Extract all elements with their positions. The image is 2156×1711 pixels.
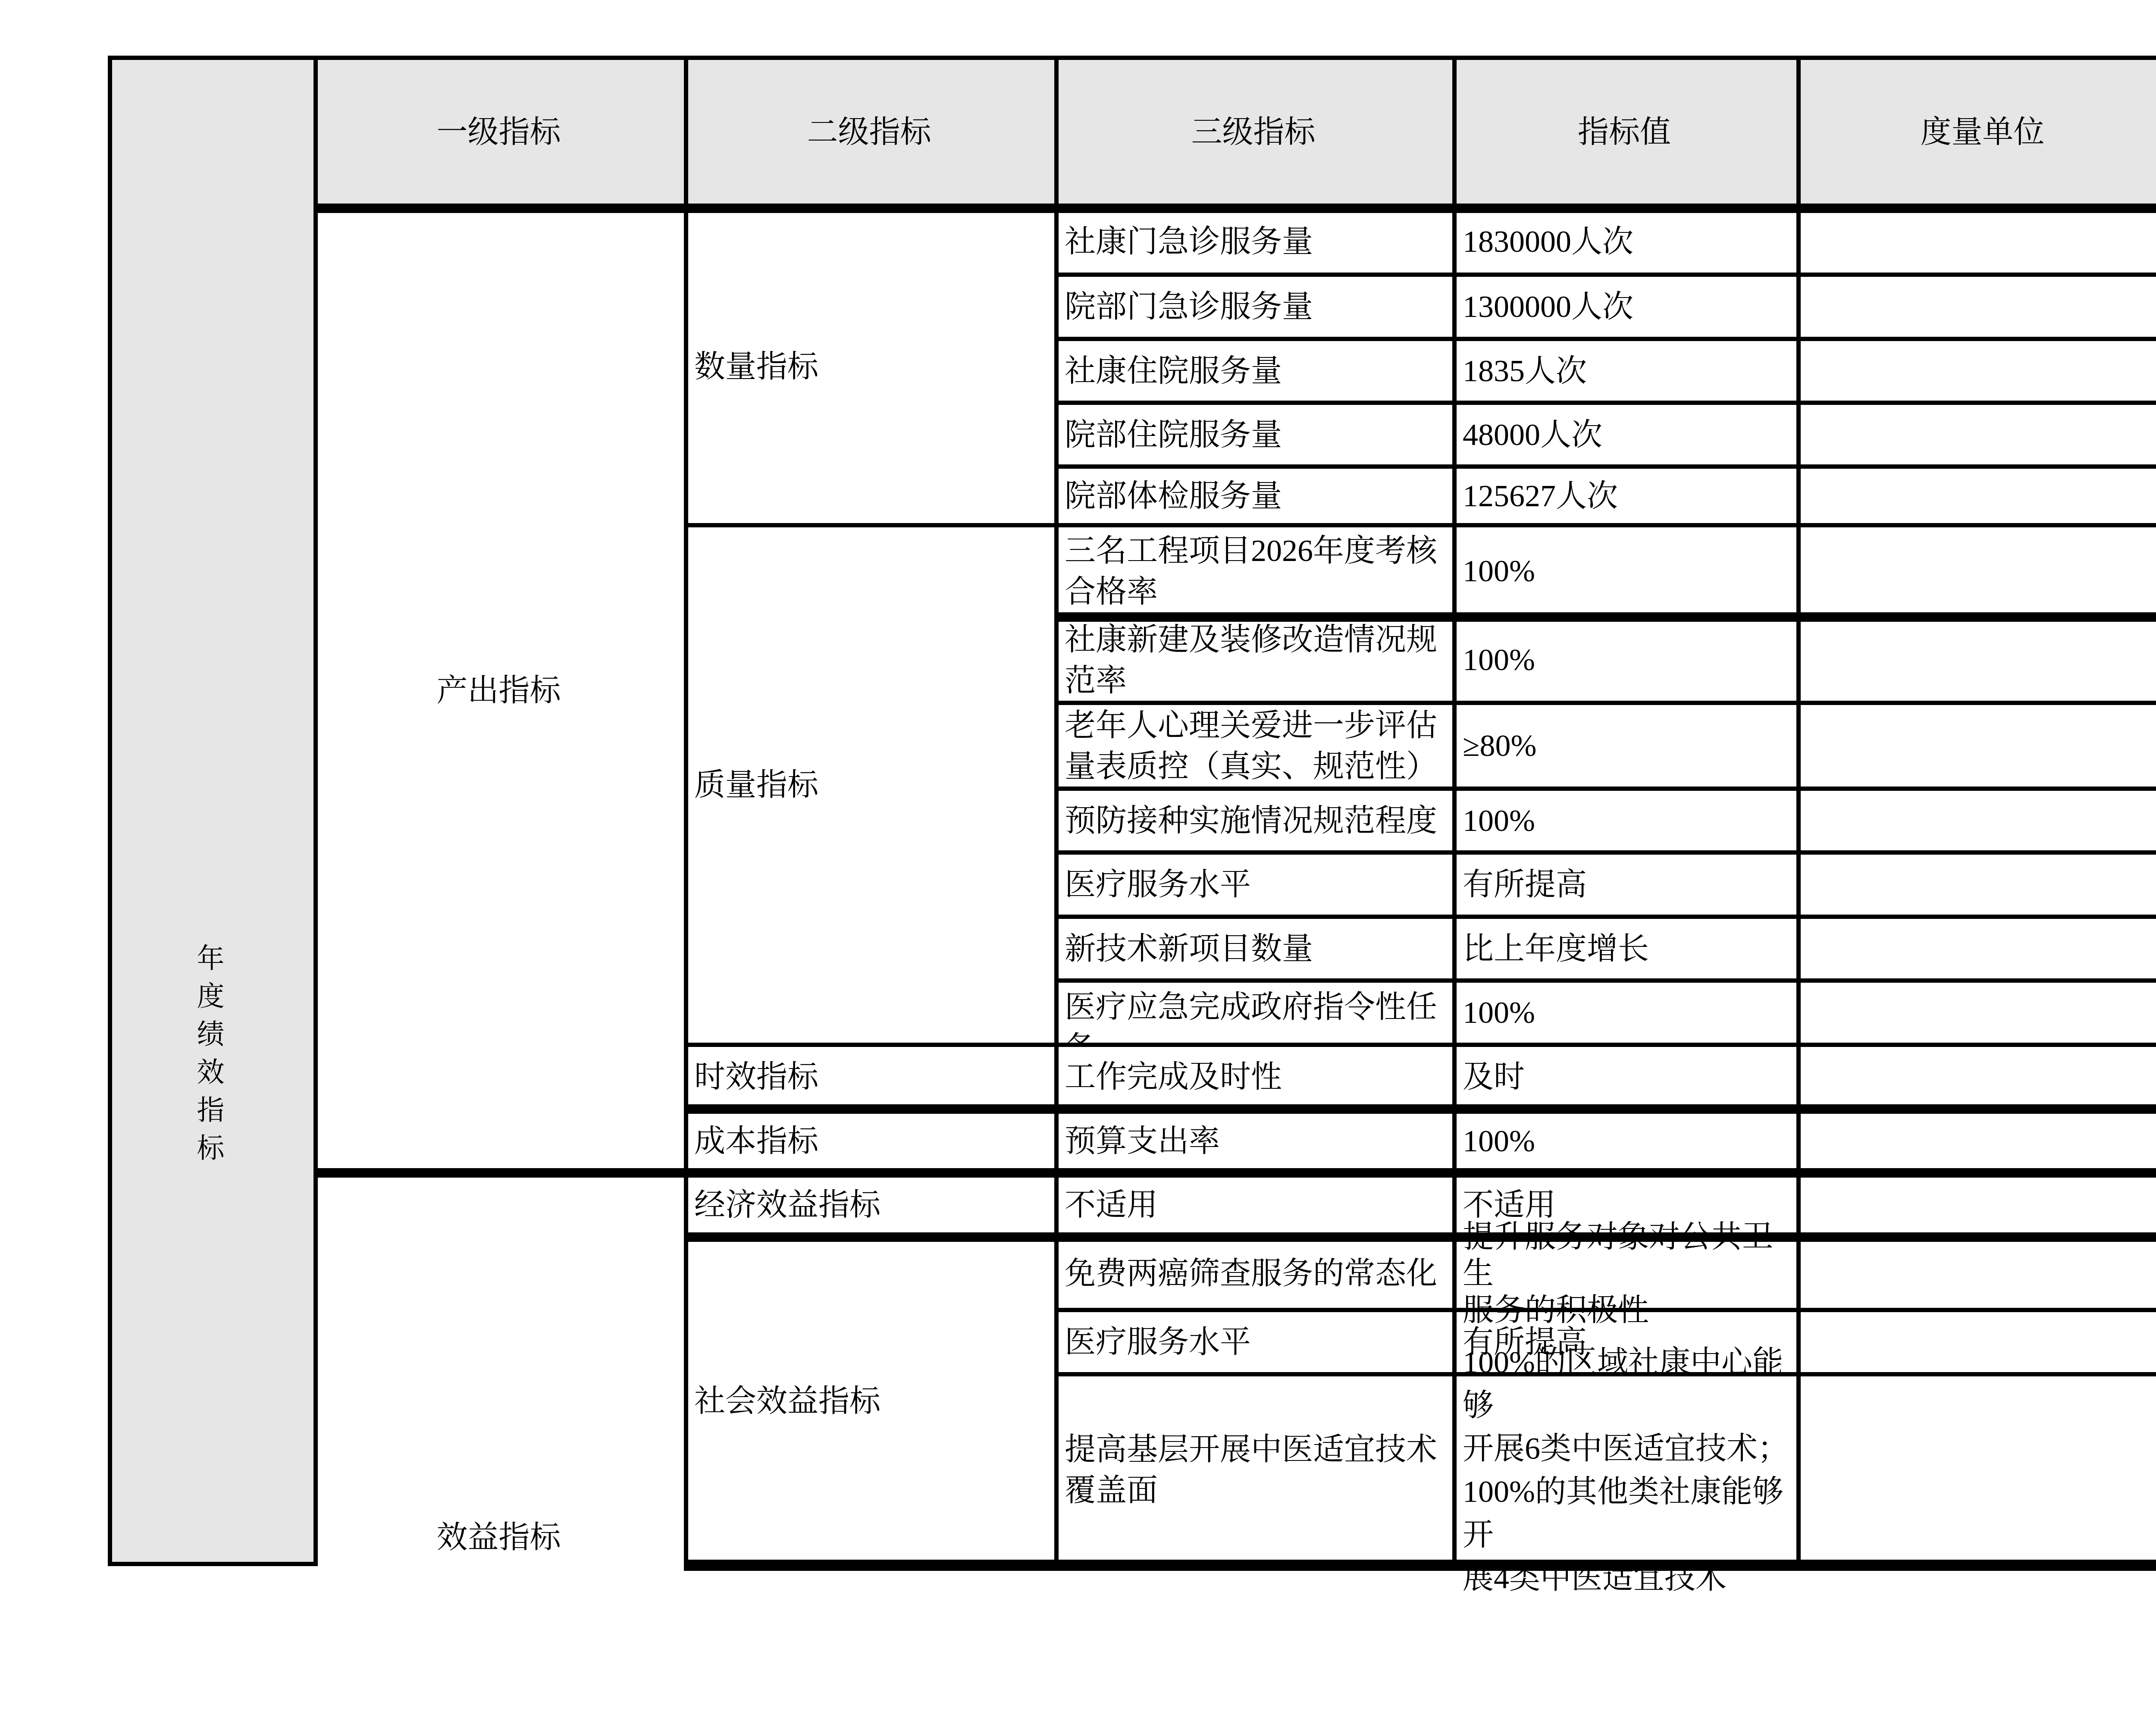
- indicator-name: 三名工程项目2026年度考核 合格率: [1054, 525, 1452, 617]
- grid-line: [1054, 850, 2156, 855]
- header-level3: 三级指标: [1054, 56, 1452, 208]
- indicator-value: 100%: [1452, 1109, 1796, 1173]
- level2-economic-benefit-indicator: 经济效益指标: [684, 1173, 1054, 1237]
- indicator-name: 社康新建及装修改造情况规 范率: [1054, 617, 1452, 703]
- indicator-name: 预算支出率: [1054, 1109, 1452, 1173]
- indicator-name: 新技术新项目数量: [1054, 917, 1452, 981]
- indicator-value: 1835人次: [1452, 339, 1796, 403]
- grid-line: [684, 1560, 2156, 1571]
- indicator-name: 工作完成及时性: [1054, 1045, 1452, 1109]
- grid-line: [1054, 612, 2156, 622]
- grid-line: [1054, 464, 2156, 469]
- level2-social-benefit-indicator: 社会效益指标: [684, 1237, 1054, 1565]
- grid-line: [1054, 273, 2156, 277]
- indicator-name: 医疗应急完成政府指令性任 务: [1054, 981, 1452, 1045]
- indicator-name: 院部住院服务量: [1054, 403, 1452, 467]
- grid-line: [1054, 56, 1059, 1571]
- header-unit: 度量单位: [1796, 56, 2156, 208]
- indicator-name: 院部体检服务量: [1054, 467, 1452, 525]
- indicator-value: 100%: [1452, 617, 1796, 703]
- indicator-name: 社康门急诊服务量: [1054, 208, 1452, 275]
- indicator-value: 1830000人次: [1452, 208, 1796, 275]
- level2-cost-indicator: 成本指标: [684, 1109, 1054, 1173]
- grid-line: [1054, 1372, 2156, 1376]
- grid-line: [313, 1168, 2156, 1178]
- indicator-name: 免费两癌筛查服务的常态化: [1054, 1237, 1452, 1310]
- grid-line: [684, 523, 2156, 527]
- grid-line: [684, 1232, 2156, 1242]
- level2-quantity-indicator: 数量指标: [684, 208, 1054, 525]
- header-level1: 一级指标: [313, 56, 684, 208]
- header-value: 指标值: [1452, 56, 1796, 208]
- indicator-name: 社康住院服务量: [1054, 339, 1452, 403]
- grid-line: [108, 56, 2156, 60]
- grid-line: [1452, 56, 1457, 1571]
- indicator-value: 及时: [1452, 1045, 1796, 1109]
- annual-performance-indicator-label: 年 度 绩 效 指 标: [108, 56, 313, 1566]
- grid-line: [1796, 56, 1801, 1571]
- grid-line: [1054, 915, 2156, 919]
- indicator-name: 医疗服务水平: [1054, 852, 1452, 917]
- indicator-name: 预防接种实施情况规范程度: [1054, 789, 1452, 852]
- grid-line: [108, 1562, 313, 1566]
- indicator-name: 老年人心理关爱进一步评估 量表质控（真实、规范性）: [1054, 703, 1452, 789]
- grid-line: [313, 56, 318, 1566]
- indicator-value: 100%: [1452, 981, 1796, 1045]
- indicator-name: 提高基层开展中医适宜技术 覆盖面: [1054, 1374, 1452, 1565]
- indicator-name: 院部门急诊服务量: [1054, 275, 1452, 339]
- grid-line: [1054, 701, 2156, 705]
- indicator-value: 有所提高: [1452, 852, 1796, 917]
- grid-line: [313, 204, 2156, 213]
- indicator-value: 100%的区域社康中心能够 开展6类中医适宜技术； 100%的其他类社康能够开 …: [1452, 1374, 1796, 1565]
- indicator-value: 提升服务对象对公共卫生 服务的积极性: [1452, 1237, 1796, 1310]
- grid-line: [1054, 787, 2156, 791]
- grid-line: [1054, 1308, 2156, 1312]
- level1-output-indicator: 产出指标: [313, 208, 684, 1173]
- grid-line: [684, 1043, 2156, 1047]
- indicator-value: 100%: [1452, 525, 1796, 617]
- grid-line: [684, 1104, 2156, 1114]
- level1-benefit-indicator: 效益指标: [313, 1505, 684, 1570]
- grid-line: [108, 56, 112, 1566]
- grid-line: [1054, 978, 2156, 983]
- indicator-value: ≥80%: [1452, 703, 1796, 789]
- level2-timeliness-indicator: 时效指标: [684, 1045, 1054, 1109]
- indicator-value: 1300000人次: [1452, 275, 1796, 339]
- performance-indicator-table-page: 年 度 绩 效 指 标 一级指标 二级指标 三级指标 指标值 度量单位 指标解释…: [0, 0, 2156, 1711]
- level2-quality-indicator: 质量指标: [684, 525, 1054, 1045]
- grid-line: [1054, 401, 2156, 405]
- indicator-name: 医疗服务水平: [1054, 1310, 1452, 1374]
- indicator-value: 48000人次: [1452, 403, 1796, 467]
- indicator-value: 100%: [1452, 789, 1796, 852]
- indicator-name: 不适用: [1054, 1173, 1452, 1237]
- grid-line: [684, 56, 688, 1571]
- indicator-value: 125627人次: [1452, 467, 1796, 525]
- indicator-value: 比上年度增长: [1452, 917, 1796, 981]
- header-level2: 二级指标: [684, 56, 1054, 208]
- grid-line: [1054, 337, 2156, 341]
